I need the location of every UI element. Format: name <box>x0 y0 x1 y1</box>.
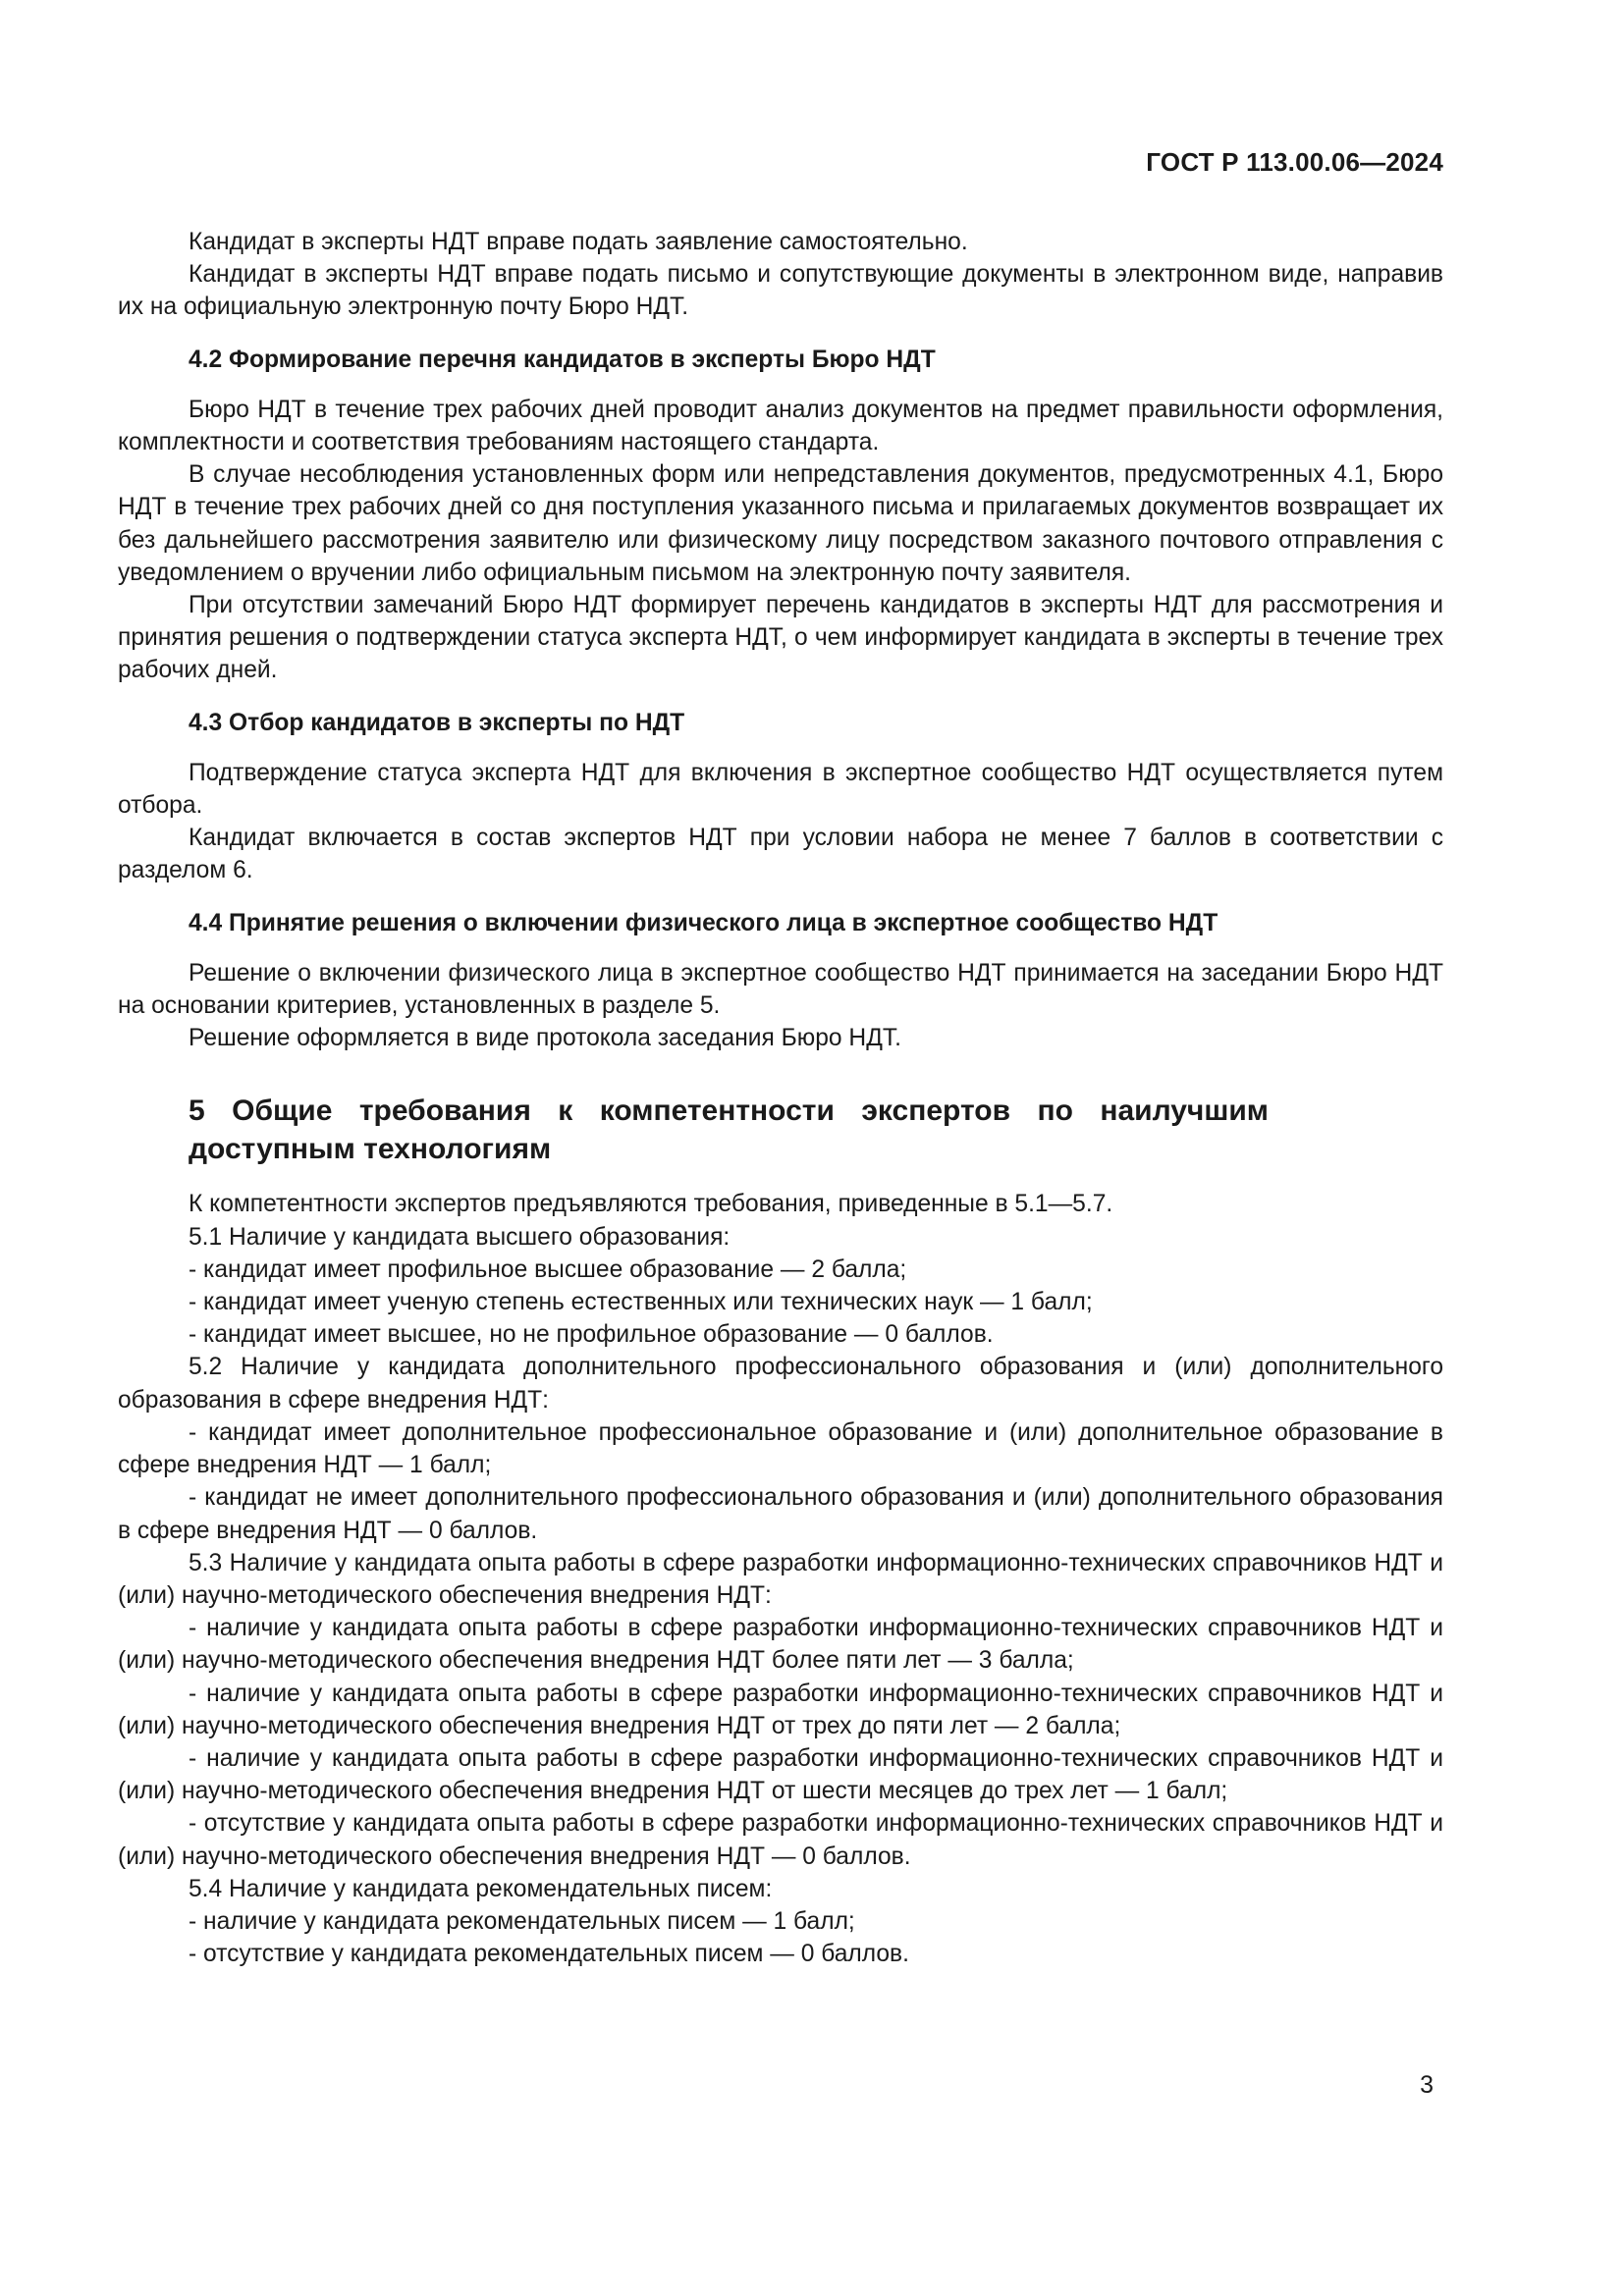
list-item: - кандидат имеет высшее, но не профильно… <box>118 1318 1443 1351</box>
document-page: ГОСТ Р 113.00.06—2024 Кандидат в эксперт… <box>0 0 1624 2296</box>
page-body: Кандидат в эксперты НДТ вправе подать за… <box>118 226 1443 1970</box>
paragraph: В случае несоблюдения установленных форм… <box>118 458 1443 589</box>
subsection-heading-4-4: 4.4 Принятие решения о включении физичес… <box>118 907 1443 939</box>
list-item: - кандидат имеет дополнительное професси… <box>118 1416 1443 1481</box>
document-code-header: ГОСТ Р 113.00.06—2024 <box>1146 147 1443 178</box>
paragraph: При отсутствии замечаний Бюро НДТ формир… <box>118 589 1443 687</box>
list-item: - кандидат не имеет дополнительного проф… <box>118 1481 1443 1546</box>
list-item: - наличие у кандидата рекомендательных п… <box>118 1905 1443 1938</box>
criterion-5-3-title: 5.3 Наличие у кандидата опыта работы в с… <box>118 1547 1443 1612</box>
paragraph: Решение о включении физического лица в э… <box>118 957 1443 1022</box>
page-number: 3 <box>1420 2071 1434 2100</box>
subsection-heading-4-2: 4.2 Формирование перечня кандидатов в эк… <box>118 344 1443 376</box>
criterion-5-1-title: 5.1 Наличие у кандидата высшего образова… <box>118 1221 1443 1254</box>
list-item: - наличие у кандидата опыта работы в сфе… <box>118 1742 1443 1807</box>
list-item: - отсутствие у кандидата рекомендательны… <box>118 1938 1443 1970</box>
list-item: - кандидат имеет профильное высшее образ… <box>118 1254 1443 1286</box>
criterion-5-4-title: 5.4 Наличие у кандидата рекомендательных… <box>118 1873 1443 1905</box>
list-item: - кандидат имеет ученую степень естестве… <box>118 1286 1443 1318</box>
paragraph: Кандидат включается в состав экспертов Н… <box>118 822 1443 886</box>
criterion-5-2-title: 5.2 Наличие у кандидата дополнительного … <box>118 1351 1443 1415</box>
paragraph: Бюро НДТ в течение трех рабочих дней про… <box>118 394 1443 458</box>
list-item: - отсутствие у кандидата опыта работы в … <box>118 1807 1443 1872</box>
paragraph: Решение оформляется в виде протокола зас… <box>118 1022 1443 1054</box>
list-item: - наличие у кандидата опыта работы в сфе… <box>118 1678 1443 1742</box>
list-item: - наличие у кандидата опыта работы в сфе… <box>118 1612 1443 1677</box>
paragraph: Подтверждение статуса эксперта НДТ для в… <box>118 757 1443 822</box>
subsection-heading-4-3: 4.3 Отбор кандидатов в эксперты по НДТ <box>118 707 1443 739</box>
section-heading-5: 5 Общие требования к компетентности эксп… <box>118 1092 1269 1168</box>
paragraph: Кандидат в эксперты НДТ вправе подать за… <box>118 226 1443 258</box>
paragraph: Кандидат в эксперты НДТ вправе подать пи… <box>118 258 1443 323</box>
paragraph: К компетентности экспертов предъявляются… <box>118 1188 1443 1220</box>
